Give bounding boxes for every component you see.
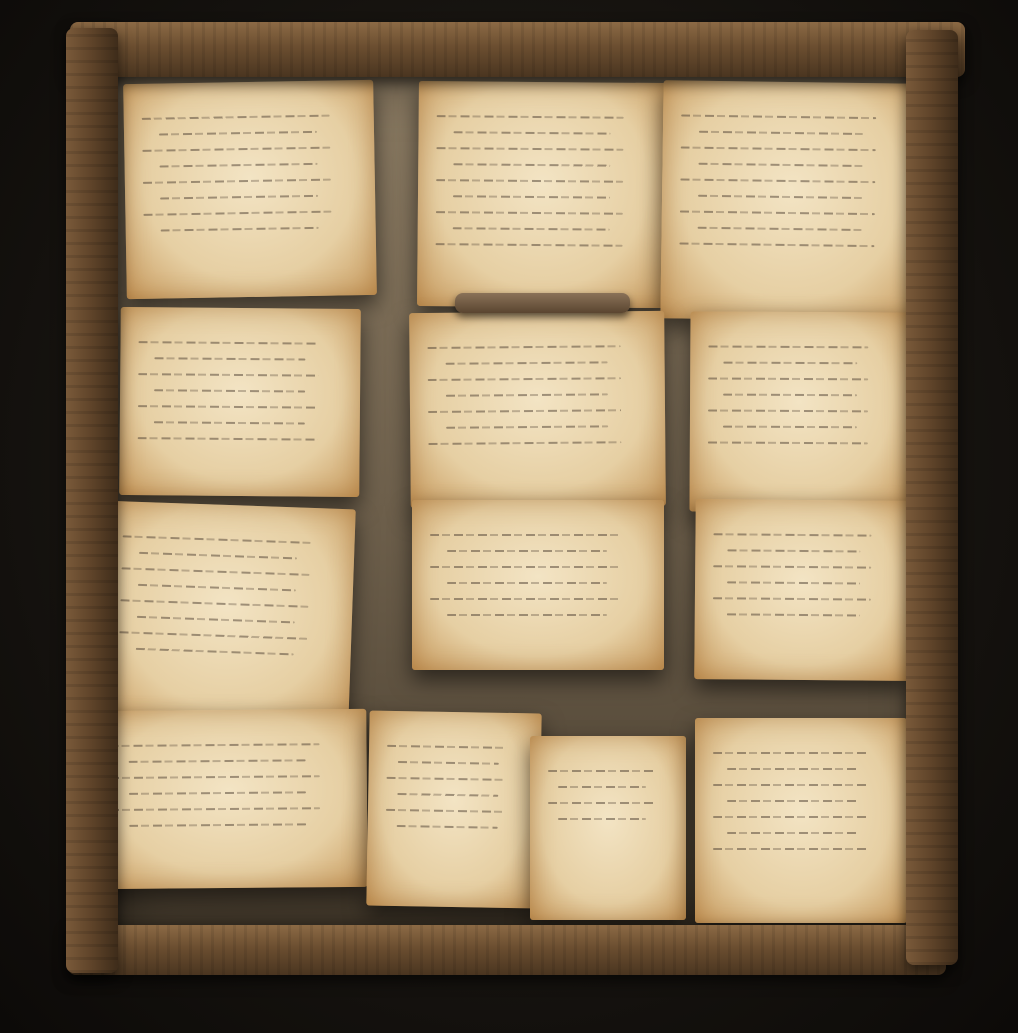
handwriting-line — [436, 179, 623, 183]
handwriting-line — [138, 437, 318, 441]
handwriting-line — [428, 441, 621, 445]
handwriting-line — [453, 131, 610, 134]
frame-bar-top — [70, 22, 965, 77]
handwriting-line — [727, 613, 859, 616]
handwriting-line — [397, 793, 498, 797]
handwriting-line — [123, 535, 311, 544]
handwriting-line — [129, 823, 306, 827]
handwriting-line — [138, 405, 318, 409]
parchment-note-center-middle — [412, 500, 664, 670]
handwriting-line — [713, 597, 871, 600]
handwriting-line — [138, 584, 296, 592]
handwriting-line — [136, 648, 294, 656]
handwriting-line — [697, 227, 861, 231]
handwriting-line — [427, 345, 620, 349]
handwriting-line — [437, 115, 624, 119]
handwriting-line — [142, 115, 330, 120]
handwriting-line — [154, 389, 305, 392]
handwriting-line — [727, 581, 859, 584]
handwriting-line — [155, 357, 306, 360]
handwriting-line — [397, 825, 498, 829]
handwriting-line — [139, 552, 297, 560]
handwriting-line — [119, 631, 307, 640]
handwriting-line — [428, 377, 621, 381]
handwriting-line — [558, 818, 647, 820]
handwriting-line — [727, 832, 857, 834]
handwriting-line — [445, 361, 607, 364]
handwriting-line — [430, 566, 620, 568]
parchment-note-top-right — [660, 80, 921, 322]
handwriting-line — [453, 163, 610, 166]
frame-bar-bottom — [68, 925, 946, 975]
handwriting-line — [160, 163, 318, 168]
handwriting-line — [445, 393, 607, 396]
handwriting-line — [698, 163, 862, 167]
handwriting-line — [728, 549, 860, 552]
handwriting-line — [129, 759, 306, 763]
handwriting-line — [548, 802, 654, 804]
handwriting-line — [453, 195, 610, 198]
handwriting-line — [161, 227, 319, 232]
handwriting-line — [122, 567, 310, 576]
handwriting-line — [681, 146, 876, 151]
handwriting-line — [143, 211, 331, 216]
parchment-note-mid-left — [119, 307, 361, 497]
handwriting-line — [143, 179, 331, 184]
handwriting-line — [708, 442, 868, 445]
handwriting-line — [713, 752, 868, 754]
handwriting-line — [160, 195, 318, 200]
handwriting-line — [138, 373, 318, 377]
handwriting-line — [386, 809, 506, 813]
parchment-note-bottom-2 — [366, 711, 541, 909]
handwriting-line — [387, 777, 507, 781]
handwriting-line — [679, 242, 874, 247]
handwriting-line — [159, 131, 317, 136]
handwriting-line — [120, 599, 308, 608]
frame-bar-left — [66, 28, 118, 973]
handwriting-line — [387, 745, 507, 749]
handwriting-line — [558, 786, 647, 788]
handwriting-line — [110, 743, 320, 747]
handwriting-line — [722, 426, 857, 429]
handwriting-line — [713, 848, 868, 850]
handwriting-line — [398, 761, 499, 765]
handwriting-line — [727, 768, 857, 770]
parchment-note-top-left — [123, 80, 377, 299]
handwriting-line — [436, 147, 623, 151]
handwriting-line — [723, 394, 858, 397]
handwriting-line — [137, 616, 295, 624]
handwriting-line — [727, 800, 857, 802]
handwriting-line — [129, 791, 306, 795]
parchment-note-bottom-4 — [695, 718, 907, 923]
handwriting-line — [681, 114, 876, 119]
handwriting-line — [708, 378, 868, 381]
handwriting-line — [699, 131, 863, 135]
parchment-note-top-middle — [417, 81, 667, 308]
parchment-note-mid-right — [689, 311, 908, 512]
handwriting-line — [713, 816, 868, 818]
handwriting-line — [708, 346, 868, 349]
handwriting-line — [453, 227, 610, 230]
wooden-peg — [455, 293, 630, 313]
handwriting-line — [430, 598, 620, 600]
frame-bar-right — [906, 30, 958, 965]
parchment-note-center-right — [694, 499, 911, 681]
parchment-note-bottom-3 — [530, 736, 686, 920]
handwriting-line — [436, 243, 623, 247]
handwriting-line — [154, 421, 305, 424]
parchment-note-bottom-1 — [91, 709, 368, 889]
handwriting-line — [428, 409, 621, 413]
photo-scene — [0, 0, 1018, 1033]
handwriting-line — [713, 565, 871, 568]
handwriting-line — [708, 410, 868, 413]
handwriting-line — [548, 770, 654, 772]
handwriting-line — [142, 147, 330, 152]
handwriting-line — [110, 807, 320, 811]
handwriting-line — [447, 582, 607, 584]
handwriting-line — [447, 614, 607, 616]
handwriting-line — [139, 341, 319, 345]
handwriting-line — [698, 195, 862, 199]
handwriting-line — [723, 362, 858, 365]
handwriting-line — [430, 534, 620, 536]
handwriting-line — [680, 178, 875, 183]
handwriting-line — [713, 784, 868, 786]
parchment-note-center-left — [98, 501, 356, 730]
handwriting-line — [110, 775, 320, 779]
parchment-note-mid-middle — [409, 311, 666, 508]
handwriting-line — [436, 211, 623, 215]
handwriting-line — [680, 210, 875, 215]
handwriting-line — [446, 425, 608, 428]
handwriting-line — [713, 533, 871, 536]
handwriting-line — [447, 550, 607, 552]
